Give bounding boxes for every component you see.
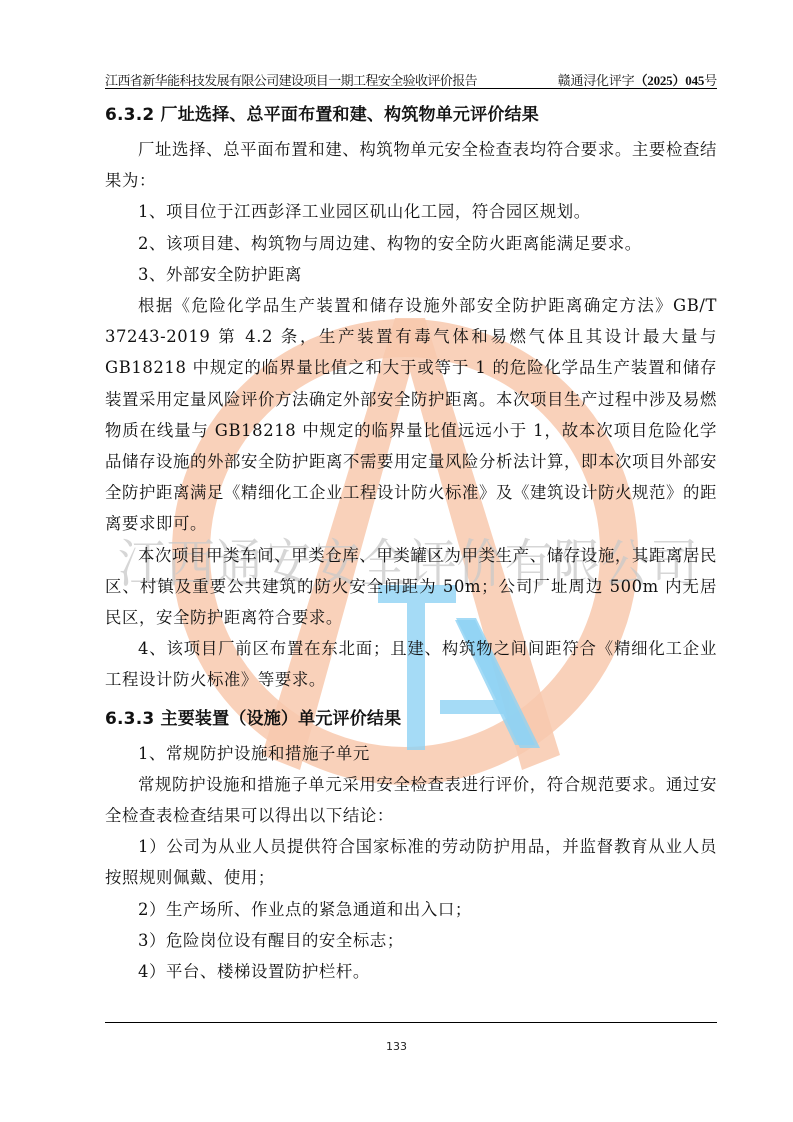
report-number-unit: 号 <box>704 74 717 89</box>
report-number: 赣通浔化评字（2025）045号 <box>558 70 717 89</box>
list-item-4: 4、该项目厂前区布置在东北面；且建、构筑物之间间距符合《精细化工企业工程设计防火… <box>105 633 717 695</box>
report-number-year: （2025） <box>634 73 685 88</box>
paragraph-external-distance: 根据《危险化学品生产装置和储存设施外部安全防护距离确定方法》GB/T 37243… <box>105 290 717 540</box>
conclusion-item-2: 2）生产场所、作业点的紧急通道和出入口； <box>105 894 717 925</box>
report-number-prefix: 赣通浔化评字 <box>558 74 635 89</box>
footer-divider <box>105 1022 717 1023</box>
conclusion-item-3: 3）危险岗位设有醒目的安全标志； <box>105 925 717 956</box>
document-body: 6.3.2 厂址选择、总平面布置和建、构筑物单元评价结果 厂址选择、总平面布置和… <box>105 98 717 987</box>
report-title: 江西省新华能科技发展有限公司建设项目一期工程安全验收评价报告 <box>105 70 477 89</box>
document-page: 江西省新华能科技发展有限公司建设项目一期工程安全验收评价报告 赣通浔化评字（20… <box>0 0 793 1122</box>
paragraph-class-a-facilities: 本次项目甲类车间、甲类仓库、甲类罐区为甲类生产、储存设施，其距离居民区、村镇及重… <box>105 540 717 634</box>
header-divider <box>105 88 717 89</box>
page-number: 133 <box>0 1040 793 1053</box>
list-item-2: 2、该项目建、构筑物与周边建、构物的安全防火距离能满足要求。 <box>105 228 717 259</box>
conclusion-item-1: 1）公司为从业人员提供符合国家标准的劳动防护用品，并监督教育从业人员按照规则佩戴… <box>105 831 717 893</box>
section-heading-6-3-2: 6.3.2 厂址选择、总平面布置和建、构筑物单元评价结果 <box>105 98 717 132</box>
paragraph-subunit-summary: 常规防护设施和措施子单元采用安全检查表进行评价，符合规范要求。通过安全检查表检查… <box>105 769 717 831</box>
section-heading-6-3-3: 6.3.3 主要装置（设施）单元评价结果 <box>105 702 717 736</box>
page-header: 江西省新华能科技发展有限公司建设项目一期工程安全验收评价报告 赣通浔化评字（20… <box>105 68 717 88</box>
paragraph-summary: 厂址选择、总平面布置和建、构筑物单元安全检查表均符合要求。主要检查结果为： <box>105 134 717 196</box>
list-item-3: 3、外部安全防护距离 <box>105 259 717 290</box>
list-item-1: 1、项目位于江西彭泽工业园区矶山化工园，符合园区规划。 <box>105 196 717 227</box>
conclusion-item-4: 4）平台、楼梯设置防护栏杆。 <box>105 956 717 987</box>
report-number-suffix: 045 <box>685 73 704 88</box>
subunit-title: 1、常规防护设施和措施子单元 <box>105 738 717 769</box>
